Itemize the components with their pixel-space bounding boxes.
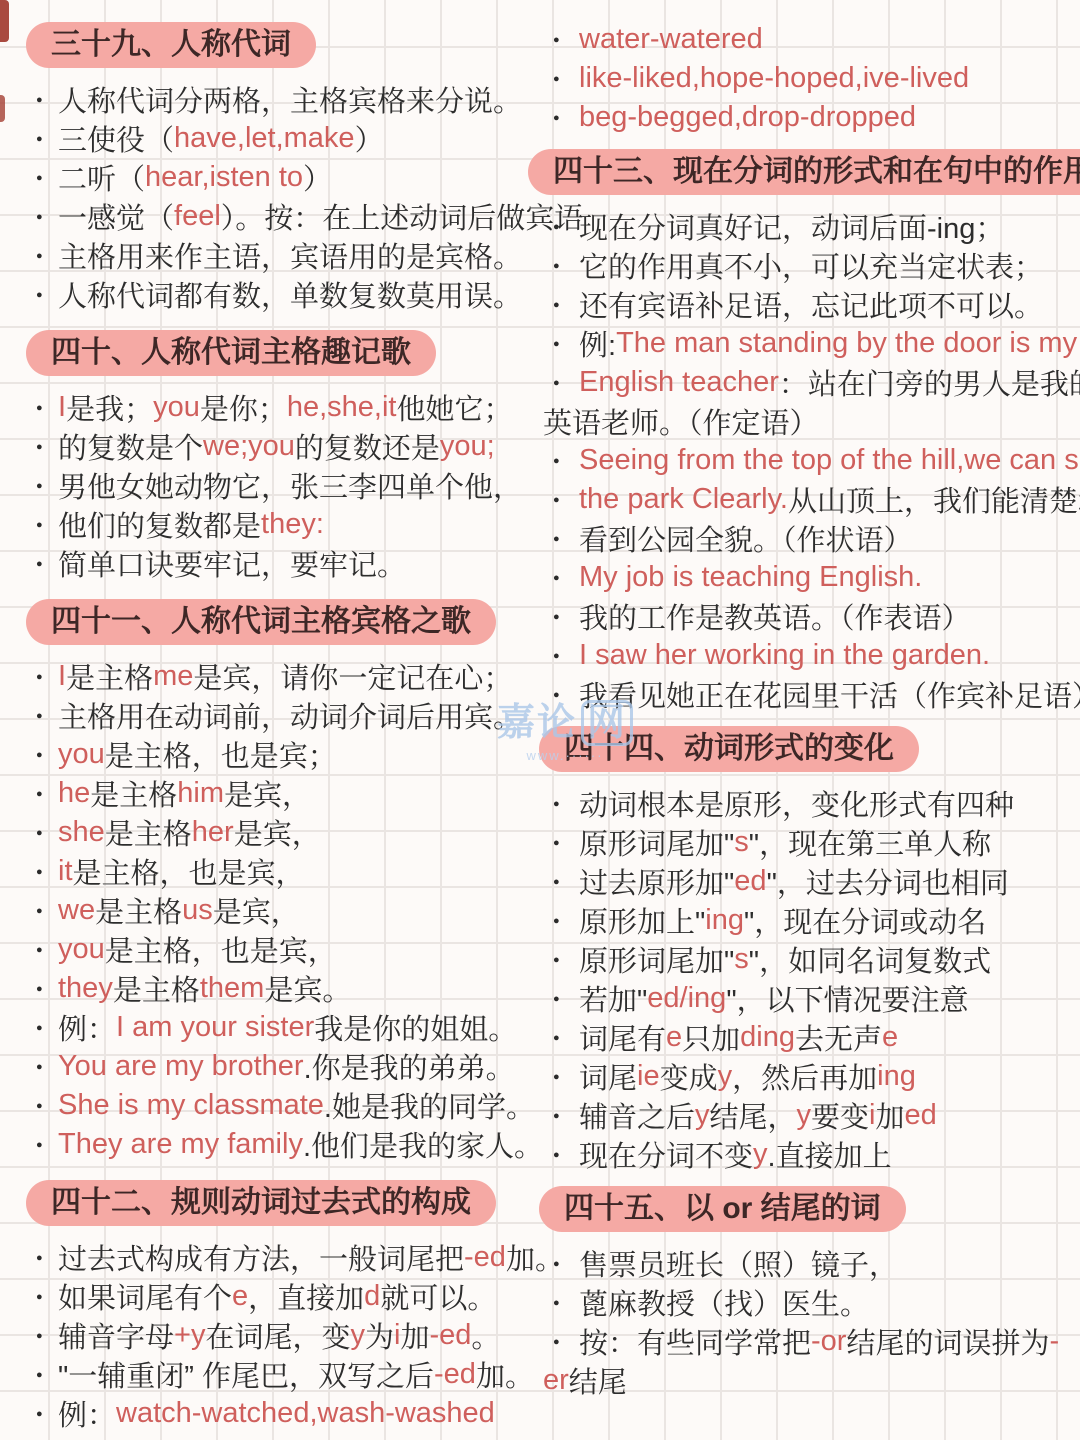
- bullet-icon: ●: [32, 749, 58, 761]
- bullet-icon: ●: [545, 494, 579, 506]
- text-segment: My job is teaching English.: [579, 561, 922, 594]
- text-line: ●辅音之后y结尾，y要变i加ed: [543, 1096, 1078, 1135]
- text-segment: The man standing by the door is my: [616, 327, 1077, 360]
- text-segment: 我是你的姐姐。: [314, 1007, 517, 1048]
- text-line: ●人称代词都有数，单数复数莫用误。: [26, 275, 541, 314]
- text-segment: him: [177, 777, 224, 810]
- text-segment: them: [200, 972, 264, 1005]
- text-segment: 加: [400, 1315, 429, 1356]
- text-line: ●现在分词真好记，动词后面-ing；: [543, 207, 1078, 246]
- text-segment: 我看见她正在花园里干活（作宾补足语）: [579, 674, 1080, 715]
- text-segment: 在词尾，变: [205, 1315, 350, 1356]
- section-list: ●I是主格me是宾，请你一定记在心；●主格用在动词前，动词介词后用宾。●you …: [26, 657, 541, 1164]
- bullet-icon: ●: [545, 837, 579, 849]
- text-line: ●人称代词分两格，主格宾格来分说。: [26, 80, 541, 119]
- section-list: ●售票员班长（照）镜子，●蓖麻教授（找）医生。●按：有些同学常把-or结尾的词误…: [543, 1244, 1078, 1400]
- text-segment: 结尾的词误拼为: [846, 1321, 1049, 1362]
- bullet-icon: ●: [545, 338, 579, 350]
- text-segment: I saw her working in the garden.: [579, 639, 990, 672]
- text-segment: d: [364, 1280, 380, 1313]
- text-segment: she: [58, 816, 105, 849]
- bullet-icon: ●: [32, 94, 58, 106]
- text-line: ●看到公园全貌。（作状语）: [543, 519, 1078, 558]
- text-segment: 看到公园全貌。（作状语）: [579, 518, 913, 559]
- bullet-icon: ●: [32, 1252, 58, 1264]
- text-segment: English teacher: [579, 366, 779, 399]
- text-line: ●I saw her working in the garden.: [543, 636, 1078, 675]
- bullet-icon: ●: [32, 250, 58, 262]
- text-line: ●water-watered: [543, 20, 1078, 59]
- text-segment: 的复数是个: [58, 426, 203, 467]
- text-segment: You are my brother: [58, 1050, 304, 1083]
- section-header: 四十一、人称代词主格宾格之歌: [26, 599, 496, 645]
- section-list: ●现在分词真好记，动词后面-ing；●它的作用真不小，可以充当定状表；●还有宾语…: [543, 207, 1078, 714]
- text-segment: .她是我的同学。: [324, 1085, 535, 1126]
- text-line: ●the park Clearly.从山顶上，我们能清楚地: [543, 480, 1078, 519]
- text-line: ●she 是主格her是宾，: [26, 813, 541, 852]
- bullet-icon: ●: [545, 954, 579, 966]
- text-segment: 二听（: [58, 157, 145, 198]
- text-segment: "，过去分词也相同: [767, 861, 1009, 902]
- text-line: ●I是我； you是你； he,she,it 他她它；: [26, 388, 541, 427]
- bullet-icon: ●: [545, 915, 579, 927]
- text-line: ●You are my brother.你是我的弟弟。: [26, 1047, 541, 1086]
- text-segment: 是宾，请你一定记在心；: [193, 656, 512, 697]
- text-segment: 人称代词分两格，主格宾格来分说。: [58, 79, 522, 120]
- text-line: ●They are my family.他们是我的家人。: [26, 1125, 541, 1164]
- text-segment: ，直接加: [248, 1276, 364, 1317]
- text-segment: "，以下情况要注意: [726, 978, 968, 1019]
- bullet-icon: ●: [545, 34, 579, 46]
- text-segment: the park Clearly.: [579, 483, 788, 516]
- text-segment: we;you: [203, 430, 295, 463]
- bullet-icon: ●: [545, 993, 579, 1005]
- text-segment: .他们是我的家人。: [303, 1124, 543, 1165]
- text-segment: 是主格: [66, 656, 153, 697]
- section-list: ●I是我； you是你； he,she,it 他她它；●的复数是个 we;you…: [26, 388, 541, 583]
- text-segment: 售票员班长（照）镜子，: [579, 1243, 898, 1284]
- text-segment: 是我；: [66, 387, 153, 428]
- text-segment: She is my classmate: [58, 1089, 324, 1122]
- text-segment: e: [882, 1021, 898, 1054]
- text-segment: feel: [174, 200, 221, 233]
- bullet-icon: ●: [32, 289, 58, 301]
- bullet-icon: ●: [32, 1139, 58, 1151]
- text-segment: "，现在分词或动名: [744, 900, 986, 941]
- text-segment: us: [182, 894, 213, 927]
- text-segment: y: [350, 1319, 365, 1352]
- text-line: ●我看见她正在花园里干活（作宾补足语）: [543, 675, 1078, 714]
- bullet-icon: ●: [545, 876, 579, 888]
- bullet-icon: ●: [545, 798, 579, 810]
- text-segment: 加: [876, 1095, 905, 1136]
- text-line: ●English teacher：站在门旁的男人是我的: [543, 363, 1078, 402]
- text-line: ●他们的复数都是 they:: [26, 505, 541, 544]
- text-segment: 是主格: [95, 890, 182, 931]
- bullet-icon: ●: [32, 1369, 58, 1381]
- text-segment: they: [58, 972, 113, 1005]
- text-segment: 过去原形加": [579, 861, 734, 902]
- bullet-icon: ●: [32, 519, 58, 531]
- text-line: ●I是主格me是宾，请你一定记在心；: [26, 657, 541, 696]
- text-line: ●主格用在动词前，动词介词后用宾。: [26, 696, 541, 735]
- text-line: ●词尾ie变成y，然后再加ing: [543, 1057, 1078, 1096]
- text-segment: 例:: [579, 323, 616, 364]
- text-segment: -ed: [464, 1241, 506, 1274]
- text-segment: it: [58, 855, 73, 888]
- text-segment: 的复数还是: [295, 426, 440, 467]
- bullet-icon: ●: [545, 1297, 579, 1309]
- text-segment: 原形加上": [579, 900, 705, 941]
- bullet-icon: ●: [545, 1071, 579, 1083]
- section-header: 四十三、现在分词的形式和在句中的作用: [528, 149, 1080, 195]
- bullet-icon: ●: [545, 1336, 579, 1348]
- text-segment: 是主格: [105, 812, 192, 853]
- text-line: ●动词根本是原形，变化形式有四种: [543, 784, 1078, 823]
- text-segment: .直接加上: [768, 1134, 892, 1175]
- text-segment: 是主格: [90, 773, 177, 814]
- bullet-icon: ●: [32, 905, 58, 917]
- text-line: ●一感觉（feel）。按：在上述动词后做宾语: [26, 197, 541, 236]
- text-segment: 过去式构成有方法，一般词尾把: [58, 1237, 464, 1278]
- text-segment: ed/ing: [647, 982, 726, 1015]
- text-segment: e: [232, 1280, 248, 1313]
- text-segment: 我的工作是教英语。（作表语）: [579, 596, 971, 637]
- text-segment: 蓖麻教授（找）医生。: [579, 1282, 869, 1323]
- text-segment: "，现在第三单人称: [749, 822, 991, 863]
- text-line: ●若加"ed/ing"，以下情况要注意: [543, 979, 1078, 1018]
- bullet-icon: ●: [545, 455, 579, 467]
- bullet-icon: ●: [545, 650, 579, 662]
- text-segment: you: [153, 391, 200, 424]
- section-header: 四十二、规则动词过去式的构成: [26, 1180, 496, 1226]
- text-segment: 就可以。: [380, 1276, 496, 1317]
- text-segment: you;: [440, 430, 495, 463]
- text-segment: ed: [905, 1099, 937, 1132]
- text-segment: 是主格，也是宾，: [73, 851, 305, 892]
- text-line: ●like-liked,hope-hoped,ive-lived: [543, 59, 1078, 98]
- text-line: ●原形词尾加"s"，如同名词复数式: [543, 940, 1078, 979]
- text-line: ●售票员班长（照）镜子，: [543, 1244, 1078, 1283]
- text-segment: 为: [365, 1315, 394, 1356]
- text-segment: 若加": [579, 978, 647, 1019]
- text-segment: 结尾，: [710, 1095, 797, 1136]
- text-segment: ：站在门旁的男人是我的: [779, 362, 1080, 403]
- text-segment: 是主格，也是宾，: [105, 929, 337, 970]
- text-line: ●主格用来作主语，宾语用的是宾格。: [26, 236, 541, 275]
- bullet-icon: ●: [545, 1110, 579, 1122]
- text-segment: 男他女她动物它，张三李四单个他，: [58, 465, 522, 506]
- text-segment: 从山顶上，我们能清楚地: [788, 479, 1080, 520]
- bullet-icon: ●: [32, 983, 58, 995]
- section-header: 四十五、以 or 结尾的词: [539, 1186, 906, 1232]
- text-segment: 他她它；: [397, 387, 513, 428]
- right-column: ●water-watered●like-liked,hope-hoped,ive…: [543, 0, 1078, 1400]
- text-segment: ding: [740, 1021, 795, 1054]
- bullet-icon: ●: [545, 1149, 579, 1161]
- bullet-icon: ●: [545, 73, 579, 85]
- text-segment: ，然后再加: [732, 1056, 877, 1097]
- text-line: er 结尾: [543, 1361, 1078, 1400]
- text-segment: hear,isten to: [145, 161, 303, 194]
- text-segment: ）: [303, 157, 332, 198]
- section-header: 四十四、动词形式的变化: [539, 726, 919, 772]
- section-list: ●过去式构成有方法，一般词尾把-ed 加。●如果词尾有个 e，直接加d 就可以。…: [26, 1238, 541, 1433]
- section-header: 四十、人称代词主格趣记歌: [26, 330, 436, 376]
- text-segment: me: [153, 660, 193, 693]
- text-segment: we: [58, 894, 95, 927]
- text-line: ●we 是主格us 是宾，: [26, 891, 541, 930]
- text-segment: e: [666, 1021, 682, 1054]
- bullet-icon: ●: [545, 1258, 579, 1270]
- bullet-icon: ●: [32, 172, 58, 184]
- text-segment: Seeing from the top of the hill,we can s…: [579, 444, 1080, 477]
- text-segment: he: [58, 777, 90, 810]
- bullet-icon: ●: [32, 866, 58, 878]
- bullet-icon: ●: [545, 689, 579, 701]
- text-segment: 现在分词不变: [579, 1134, 753, 1175]
- text-line: ●如果词尾有个 e，直接加d 就可以。: [26, 1277, 541, 1316]
- bullet-icon: ●: [32, 1061, 58, 1073]
- text-line: ●男他女她动物它，张三李四单个他，: [26, 466, 541, 505]
- text-segment: they:: [261, 508, 324, 541]
- text-segment: 英语老师。（作定语）: [543, 401, 819, 442]
- text-segment: "，如同名词复数式: [749, 939, 991, 980]
- text-line: 英语老师。（作定语）: [543, 402, 1078, 441]
- text-segment: ）。按：在上述动词后做宾语: [221, 196, 584, 237]
- text-segment: 要变: [811, 1095, 869, 1136]
- text-segment: +y: [174, 1319, 205, 1352]
- text-segment: he,she,it: [287, 391, 397, 424]
- text-segment: 如果词尾有个: [58, 1276, 232, 1317]
- bullet-icon: ●: [32, 1100, 58, 1112]
- text-segment: 结尾: [569, 1360, 627, 1401]
- text-segment: 主格用在动词前，动词介词后用宾。: [58, 695, 522, 736]
- text-line: ●原形词尾加"s"，现在第三单人称: [543, 823, 1078, 862]
- text-segment: 辅音之后: [579, 1095, 695, 1136]
- text-line: ●还有宾语补足语，忘记此项不可以。: [543, 285, 1078, 324]
- text-segment: beg-begged,drop-dropped: [579, 101, 916, 134]
- text-line: ●you 是主格，也是宾，: [26, 930, 541, 969]
- text-line: ●它的作用真不小，可以充当定状表；: [543, 246, 1078, 285]
- page-edge-mark: [0, 95, 5, 122]
- text-line: ●例： I am your sister我是你的姐姐。: [26, 1008, 541, 1047]
- text-segment: 动词根本是原形，变化形式有四种: [579, 783, 1014, 824]
- bullet-icon: ●: [545, 299, 579, 311]
- section-list: ●water-watered●like-liked,hope-hoped,ive…: [543, 20, 1078, 137]
- text-segment: 现在分词真好记，动词后面-ing；: [579, 206, 1004, 247]
- bullet-icon: ●: [545, 572, 579, 584]
- text-segment: 人称代词都有数，单数复数莫用误。: [58, 274, 522, 315]
- text-line: ●he 是主格 him 是宾，: [26, 774, 541, 813]
- text-segment: ie: [637, 1060, 660, 1093]
- bullet-icon: ●: [32, 1291, 58, 1303]
- text-segment: 加。: [476, 1354, 534, 1395]
- text-line: ●原形加上"ing"，现在分词或动名: [543, 901, 1078, 940]
- text-segment: 简单口诀要牢记，要牢记。: [58, 543, 406, 584]
- text-segment: 词尾: [579, 1056, 637, 1097]
- text-segment: ing: [705, 904, 744, 937]
- text-segment: 一感觉（: [58, 196, 174, 237]
- text-segment: 例：: [58, 1393, 116, 1434]
- bullet-icon: ●: [32, 402, 58, 414]
- text-line: ●按：有些同学常把-or结尾的词误拼为-: [543, 1322, 1078, 1361]
- bullet-icon: ●: [32, 133, 58, 145]
- text-segment: 原形词尾加": [579, 822, 734, 863]
- bullet-icon: ●: [32, 480, 58, 492]
- text-segment: 去无声: [795, 1017, 882, 1058]
- text-line: ●辅音字母+y在词尾，变y为i加-ed。: [26, 1316, 541, 1355]
- text-segment: y: [718, 1060, 733, 1093]
- bullet-icon: ●: [32, 1022, 58, 1034]
- bullet-icon: ●: [32, 441, 58, 453]
- bullet-icon: ●: [32, 211, 58, 223]
- text-segment: -ed: [434, 1358, 476, 1391]
- text-segment: 只加: [682, 1017, 740, 1058]
- text-segment: I: [58, 660, 66, 693]
- text-segment: 是宾，: [234, 812, 321, 853]
- text-line: ●的复数是个 we;you 的复数还是 you;: [26, 427, 541, 466]
- text-line: ●My job is teaching English.: [543, 558, 1078, 597]
- text-line: ●现在分词不变y.直接加上: [543, 1135, 1078, 1174]
- text-line: ●"一辅重闭” 作尾巴，双写之后-ed加。: [26, 1355, 541, 1394]
- text-segment: 他们的复数都是: [58, 504, 261, 545]
- text-segment: 例：: [58, 1007, 116, 1048]
- text-segment: ed: [734, 865, 766, 898]
- text-segment: s: [734, 826, 749, 859]
- text-segment: y: [797, 1099, 812, 1132]
- text-line: ●She is my classmate.她是我的同学。: [26, 1086, 541, 1125]
- bullet-icon: ●: [32, 944, 58, 956]
- text-line: ●三使役（have,let,make）: [26, 119, 541, 158]
- bullet-icon: ●: [545, 377, 579, 389]
- text-segment: -or: [811, 1325, 846, 1358]
- text-line: ●you 是主格，也是宾；: [26, 735, 541, 774]
- text-segment: 三使役（: [58, 118, 174, 159]
- page-edge-mark: [0, 0, 9, 42]
- text-segment: 是宾，: [213, 890, 300, 931]
- text-segment: 辅音字母: [58, 1315, 174, 1356]
- text-segment: 变成: [660, 1056, 718, 1097]
- text-segment: 还有宾语补足语，忘记此项不可以。: [579, 284, 1043, 325]
- text-segment: -: [1049, 1325, 1059, 1358]
- bullet-icon: ●: [32, 788, 58, 800]
- text-segment: er: [543, 1364, 569, 1397]
- text-line: ●Seeing from the top of the hill,we can …: [543, 441, 1078, 480]
- text-segment: y: [695, 1099, 710, 1132]
- bullet-icon: ●: [545, 533, 579, 545]
- text-segment: 是宾，: [224, 773, 311, 814]
- bullet-icon: ●: [32, 1408, 58, 1420]
- text-segment: watch-watched,wash-washed: [116, 1397, 495, 1430]
- text-line: ●they 是主格them 是宾。: [26, 969, 541, 1008]
- text-segment: ）: [355, 118, 384, 159]
- text-line: ●简单口诀要牢记，要牢记。: [26, 544, 541, 583]
- bullet-icon: ●: [545, 112, 579, 124]
- bullet-icon: ●: [545, 1032, 579, 1044]
- bullet-icon: ●: [32, 1330, 58, 1342]
- text-line: ●例: The man standing by the door is my: [543, 324, 1078, 363]
- text-line: ●我的工作是教英语。（作表语）: [543, 597, 1078, 636]
- bullet-icon: ●: [545, 611, 579, 623]
- bullet-icon: ●: [32, 710, 58, 722]
- text-line: ●it是主格，也是宾，: [26, 852, 541, 891]
- section-header: 三十九、人称代词: [26, 22, 316, 68]
- text-segment: y: [753, 1138, 768, 1171]
- bullet-icon: ●: [32, 671, 58, 683]
- text-line: ●beg-begged,drop-dropped: [543, 98, 1078, 137]
- text-segment: .你是我的弟弟。: [304, 1046, 515, 1087]
- text-segment: like-liked,hope-hoped,ive-lived: [579, 62, 969, 95]
- text-segment: 主格用来作主语，宾语用的是宾格。: [58, 235, 522, 276]
- left-column: 三十九、人称代词●人称代词分两格，主格宾格来分说。●三使役（have,let,m…: [26, 0, 541, 1433]
- text-segment: her: [192, 816, 234, 849]
- text-segment: They are my family: [58, 1128, 303, 1161]
- bullet-icon: ●: [545, 260, 579, 272]
- text-segment: 是宾。: [264, 968, 351, 1009]
- text-segment: 按：有些同学常把: [579, 1321, 811, 1362]
- text-segment: 是主格，也是宾；: [105, 734, 337, 775]
- bullet-icon: ●: [545, 221, 579, 233]
- text-line: ●过去原形加"ed"，过去分词也相同: [543, 862, 1078, 901]
- text-segment: "一辅重闭” 作尾巴，双写之后: [58, 1354, 434, 1395]
- section-list: ●人称代词分两格，主格宾格来分说。●三使役（have,let,make）●二听（…: [26, 80, 541, 314]
- text-segment: -ed: [429, 1319, 471, 1352]
- bullet-icon: ●: [32, 558, 58, 570]
- text-segment: you: [58, 738, 105, 771]
- text-segment: 词尾有: [579, 1017, 666, 1058]
- text-line: ●二听（hear,isten to）: [26, 158, 541, 197]
- text-line: ●过去式构成有方法，一般词尾把-ed 加。: [26, 1238, 541, 1277]
- text-segment: I am your sister: [116, 1011, 314, 1044]
- text-segment: 原形词尾加": [579, 939, 734, 980]
- text-line: ●词尾有e只加ding 去无声e: [543, 1018, 1078, 1057]
- text-segment: you: [58, 933, 105, 966]
- section-list: ●动词根本是原形，变化形式有四种●原形词尾加"s"，现在第三单人称●过去原形加"…: [543, 784, 1078, 1174]
- text-segment: 。: [471, 1315, 500, 1356]
- text-segment: 是你；: [200, 387, 287, 428]
- text-segment: water-watered: [579, 23, 763, 56]
- text-segment: 是主格: [113, 968, 200, 1009]
- bullet-icon: ●: [32, 827, 58, 839]
- text-line: ●蓖麻教授（找）医生。: [543, 1283, 1078, 1322]
- text-segment: s: [734, 943, 749, 976]
- text-segment: I: [58, 391, 66, 424]
- text-segment: 它的作用真不小，可以充当定状表；: [579, 245, 1043, 286]
- text-segment: ing: [877, 1060, 916, 1093]
- text-line: ●例： watch-watched,wash-washed: [26, 1394, 541, 1433]
- text-segment: have,let,make: [174, 122, 355, 155]
